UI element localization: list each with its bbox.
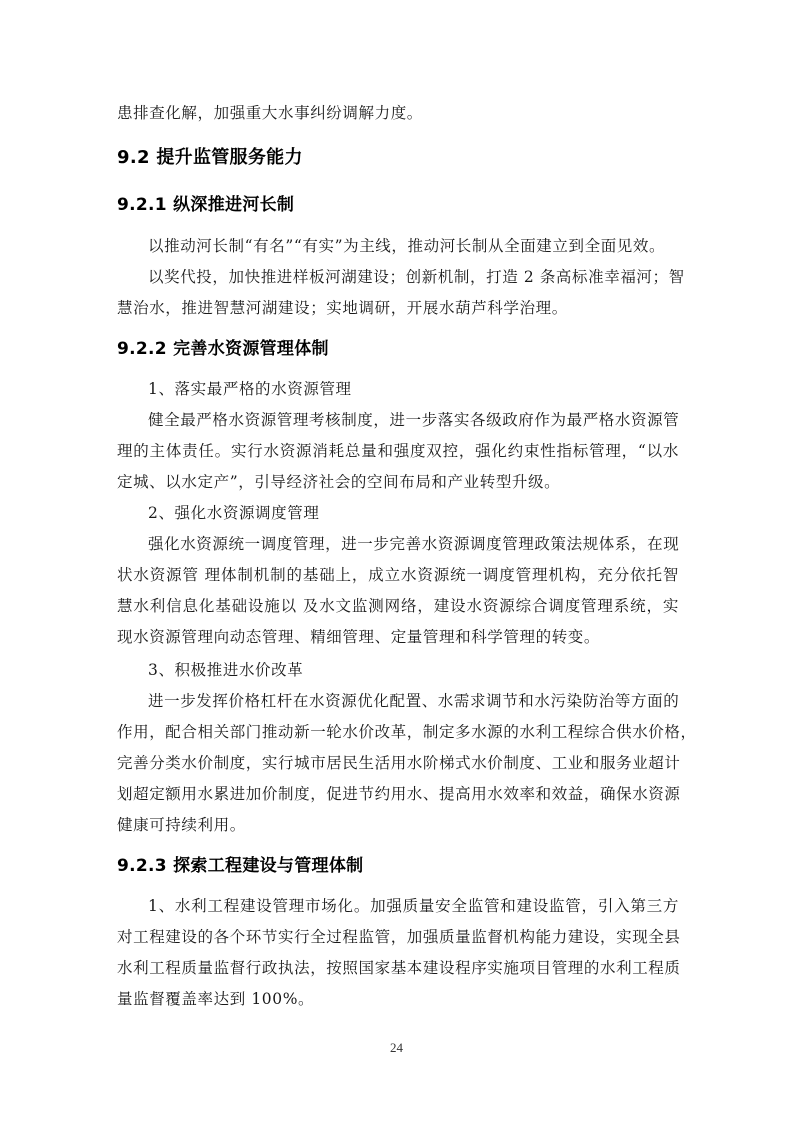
paragraph-line: 理的主体责任。实行水资源消耗总量和强度双控，强化约束性指标管理，“以水 [117,441,679,461]
list-subheading: 1、落实最严格的水资源管理 [148,379,352,399]
paragraph-line: 状水资源管 理体制机制的基础上，成立水资源统一调度管理机构，充分依托智 [117,565,679,585]
list-subheading: 3、积极推进水价改革 [148,660,303,680]
paragraph-line: 进一步发挥价格杠杆在水资源优化配置、水需求调节和水污染防治等方面的 [148,691,679,711]
paragraph-line: 健康可持续利用。 [117,815,246,835]
paragraph-line: 量监督覆盖率达到 100%。 [117,989,314,1009]
paragraph-line: 作用，配合相关部门推动新一轮水价改革，制定多水源的水利工程综合供水价格， [117,722,679,742]
paragraph-line: 慧治水，推进智慧河湖建设；实地调研，开展水葫芦科学治理。 [117,298,568,318]
body-text-line: 患排查化解，加强重大水事纠纷调解力度。 [117,103,423,123]
paragraph-line: 慧水利信息化基础设施以 及水文监测网络，建设水资源综合调度管理系统，实 [117,596,679,616]
paragraph-line: 对工程建设的各个环节实行全过程监管，加强质量监督机构能力建设，实现全县 [117,927,679,947]
page-number: 24 [0,1040,793,1056]
subsection-heading-9-2-3: 9.2.3 探索工程建设与管理体制 [117,851,363,876]
subsection-heading-9-2-2: 9.2.2 完善水资源管理体制 [117,334,329,359]
paragraph-line: 划超定额用水累进加价制度，促进节约用水、提高用水效率和效益，确保水资源 [117,784,679,804]
subsection-heading-9-2-1: 9.2.1 纵深推进河长制 [117,190,294,215]
paragraph-line: 以奖代投，加快推进样板河湖建设；创新机制，打造 2 条高标准幸福河；智 [148,267,679,287]
paragraph-line: 1、水利工程建设管理市场化。加强质量安全监管和建设监管，引入第三方 [148,896,679,916]
paragraph-line: 强化水资源统一调度管理，进一步完善水资源调度管理政策法规体系，在现 [148,534,679,554]
paragraph-line: 以推动河长制“有名”“有实”为主线，推动河长制从全面建立到全面见效。 [148,236,665,256]
paragraph-line: 定城、以水定产”，引导经济社会的空间布局和产业转型升级。 [117,472,560,492]
paragraph-line: 水利工程质量监督行政执法，按照国家基本建设程序实施项目管理的水利工程质 [117,958,679,978]
paragraph-line: 完善分类水价制度，实行城市居民生活用水阶梯式水价制度、工业和服务业超计 [117,753,679,773]
list-subheading: 2、强化水资源调度管理 [148,503,319,523]
paragraph-line: 现水资源管理向动态管理、精细管理、定量管理和科学管理的转变。 [117,627,600,647]
section-heading-9-2: 9.2 提升监管服务能力 [117,143,303,169]
paragraph-line: 健全最严格水资源管理考核制度，进一步落实各级政府作为最严格水资源管 [148,410,679,430]
